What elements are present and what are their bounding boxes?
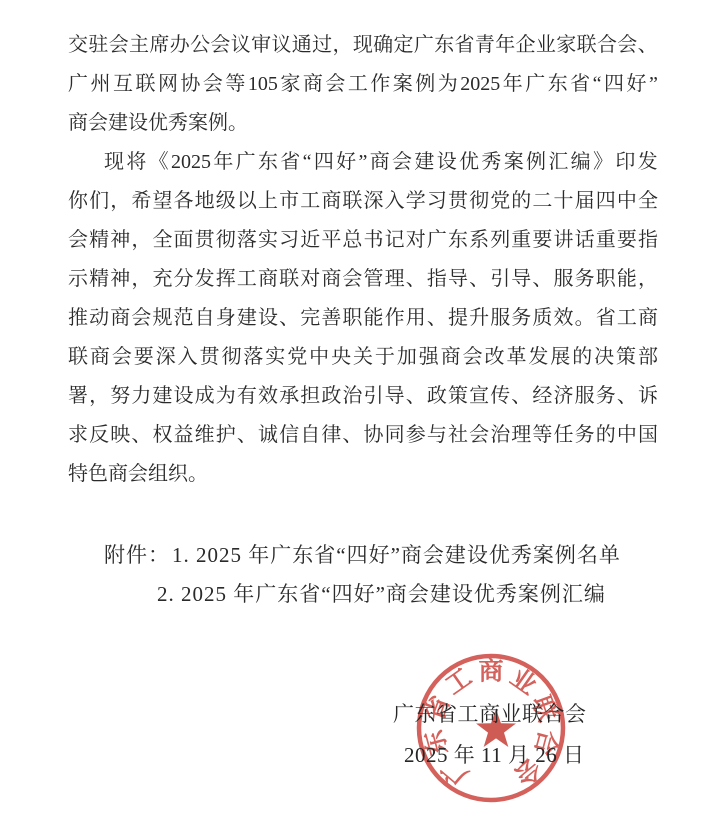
official-seal: 广 东 省 工 商 业 联 合 会 — [403, 640, 579, 816]
document-page: 交驻会主席办公会议审议通过，现确定广东省青年企业家联合会、 广州互联网协会等10… — [0, 0, 715, 825]
body-line: 商会建设优秀案例。 — [68, 104, 658, 143]
signature-date: 2025 年 11 月 26 日 — [404, 739, 584, 769]
body-line: 署，努力建设成为有效承担政治引导、政策宣传、经济服务、诉 — [68, 377, 658, 416]
body-line: 广州互联网协会等105家商会工作案例为2025年广东省“四好” — [68, 65, 658, 104]
body-text: 交驻会主席办公会议审议通过，现确定广东省青年企业家联合会、 广州互联网协会等10… — [68, 26, 658, 494]
body-line: 推动商会规范自身建设、完善职能作用、提升服务质效。省工商 — [68, 299, 658, 338]
body-line: 交驻会主席办公会议审议通过，现确定广东省青年企业家联合会、 — [68, 26, 658, 65]
body-line: 现将《2025年广东省“四好”商会建设优秀案例汇编》印发 — [68, 143, 658, 182]
attachment-row: 2. 2025 年广东省“四好”商会建设优秀案例汇编 — [104, 575, 621, 614]
attachments-label: 附件： — [104, 543, 170, 567]
body-line: 会精神，全面贯彻落实习近平总书记对广东系列重要讲话重要指 — [68, 221, 658, 260]
signature-org: 广东省工商业联合会 — [393, 698, 587, 728]
body-line: 你们，希望各地级以上市工商联深入学习贯彻党的二十届四中全 — [68, 182, 658, 221]
body-line: 联商会要深入贯彻落实党中央关于加强商会改革发展的决策部 — [68, 338, 658, 377]
attachment-item: 2. 2025 年广东省“四好”商会建设优秀案例汇编 — [157, 582, 606, 606]
attachments-block: 附件：1. 2025 年广东省“四好”商会建设优秀案例名单 2. 2025 年广… — [104, 536, 621, 614]
seal-char: 业 — [505, 663, 542, 700]
body-line: 示精神，充分发挥工商联对商会管理、指导、引导、服务职能， — [68, 260, 658, 299]
seal-char: 商 — [478, 657, 503, 686]
body-line: 特色商会组织。 — [68, 455, 658, 494]
attachment-row: 附件：1. 2025 年广东省“四好”商会建设优秀案例名单 — [104, 536, 621, 575]
body-line: 求反映、权益维护、诚信自律、协同参与社会治理等任务的中国 — [68, 416, 658, 455]
attachment-item: 1. 2025 年广东省“四好”商会建设优秀案例名单 — [172, 543, 621, 567]
